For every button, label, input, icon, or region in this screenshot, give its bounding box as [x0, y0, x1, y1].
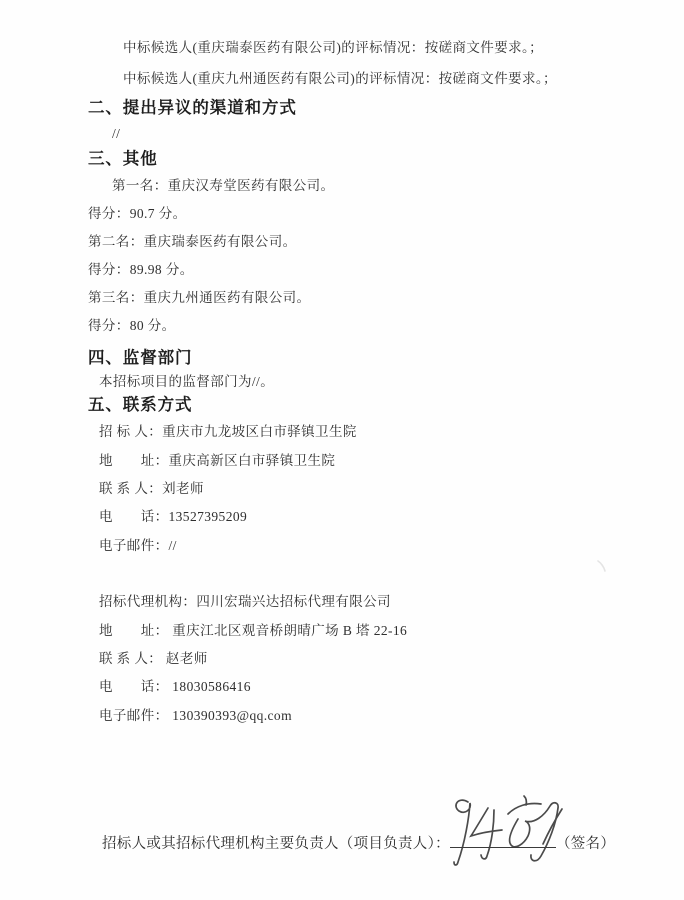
- score-2-line: 得分：89.98 分。: [88, 262, 194, 278]
- score-3-line: 得分：80 分。: [88, 318, 176, 334]
- rank-3-line: 第三名：重庆九州通医药有限公司。: [88, 290, 310, 306]
- row-label: 招 标 人：: [99, 424, 162, 439]
- row-label: 联 系 人：: [99, 481, 162, 496]
- row-label: 招标代理机构：: [99, 594, 196, 609]
- row-value: 18030586416: [169, 679, 251, 694]
- tenderer-contact-row: 联 系 人：刘老师: [99, 481, 204, 497]
- footer-label: 招标人或其招标代理机构主要负责人（项目负责人）：: [102, 836, 450, 852]
- section4-body: 本招标项目的监督部门为//。: [99, 374, 274, 390]
- agency-email-row: 电子邮件： 130390393@qq.com: [99, 708, 292, 724]
- row-label: 地 址：: [99, 453, 169, 468]
- row-label: 电子邮件：: [99, 538, 169, 553]
- section5-heading: 五、联系方式: [88, 396, 192, 416]
- row-value: 重庆江北区观音桥朗晴广场 B 塔 22-16: [169, 623, 408, 638]
- score-1-line: 得分：90.7 分。: [88, 206, 187, 222]
- row-value: 赵老师: [162, 651, 207, 666]
- row-label: 电子邮件：: [99, 708, 169, 723]
- agency-contact-row: 联 系 人： 赵老师: [99, 651, 208, 667]
- section4-heading: 四、监督部门: [88, 349, 192, 369]
- section2-heading: 二、提出异议的渠道和方式: [88, 99, 297, 119]
- row-value: 四川宏瑞兴达招标代理有限公司: [196, 594, 391, 609]
- tenderer-address-row: 地 址：重庆高新区白市驿镇卫生院: [99, 453, 335, 469]
- row-value: 重庆市九龙坡区白市驿镇卫生院: [162, 424, 357, 439]
- tenderer-name-row: 招 标 人：重庆市九龙坡区白市驿镇卫生院: [99, 424, 357, 440]
- row-value: 重庆高新区白市驿镇卫生院: [169, 453, 336, 468]
- rank-1-line: 第一名：重庆汉寿堂医药有限公司。: [112, 178, 334, 194]
- row-value: 刘老师: [162, 481, 204, 496]
- handwritten-signature: [444, 794, 582, 882]
- row-label: 联 系 人：: [99, 651, 162, 666]
- section2-body: //: [112, 126, 120, 142]
- scan-artifact-mark: [594, 558, 610, 574]
- row-value: 13527395209: [169, 509, 248, 524]
- agency-phone-row: 电 话： 18030586416: [99, 679, 251, 695]
- row-value: 130390393@qq.com: [169, 708, 292, 723]
- tenderer-email-row: 电子邮件：//: [99, 538, 177, 554]
- row-label: 地 址：: [99, 623, 169, 638]
- agency-name-row: 招标代理机构：四川宏瑞兴达招标代理有限公司: [99, 594, 391, 610]
- row-label: 电 话：: [99, 509, 169, 524]
- rank-2-line: 第二名：重庆瑞泰医药有限公司。: [88, 234, 297, 250]
- agency-address-row: 地 址： 重庆江北区观音桥朗晴广场 B 塔 22-16: [99, 623, 407, 639]
- evaluation-line-1: 中标候选人(重庆瑞泰医药有限公司)的评标情况：按磋商文件要求。；: [123, 40, 543, 56]
- scanned-document-page: 中标候选人(重庆瑞泰医药有限公司)的评标情况：按磋商文件要求。； 中标候选人(重…: [0, 0, 684, 900]
- section3-heading: 三、其他: [88, 150, 158, 170]
- row-label: 电 话：: [99, 679, 169, 694]
- row-value: //: [169, 538, 177, 553]
- evaluation-line-2: 中标候选人(重庆九州通医药有限公司)的评标情况：按磋商文件要求。；: [123, 71, 557, 87]
- tenderer-phone-row: 电 话：13527395209: [99, 509, 247, 525]
